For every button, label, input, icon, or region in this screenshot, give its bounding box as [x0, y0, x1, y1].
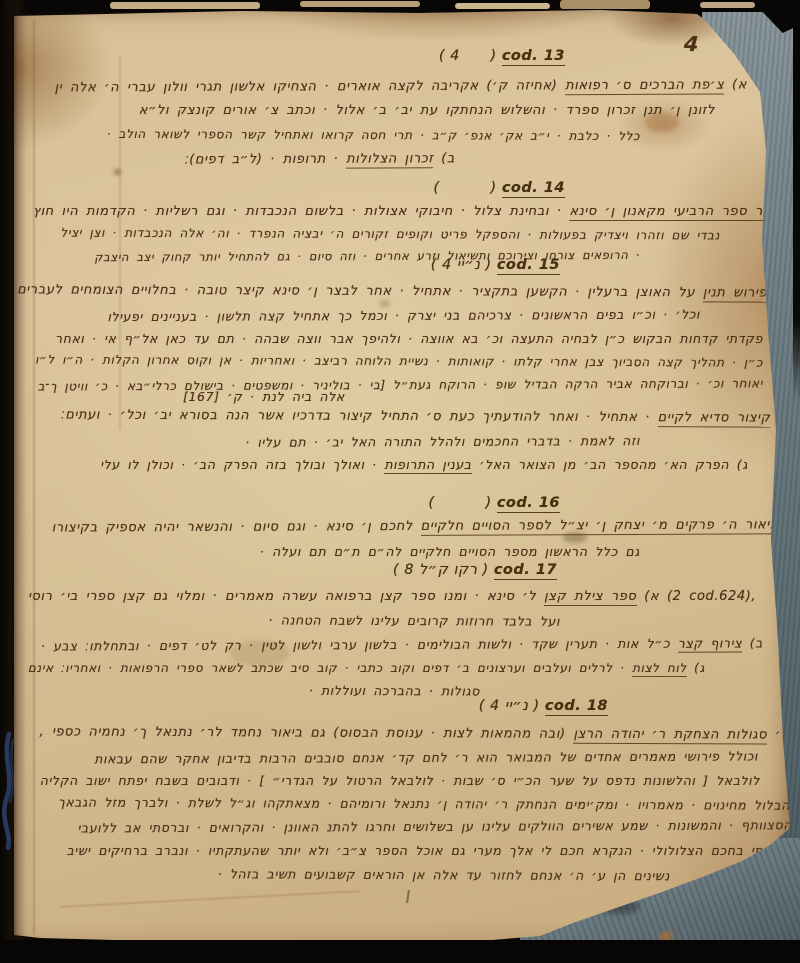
handwritten-line: וסצוותי בחכם הצלולולי · הנקרא חכם לי אלך…: [14, 842, 792, 861]
line-text: על האוצן ברעלין · הקשען בתקציר · אתחיל ·…: [17, 282, 703, 300]
underlined-phrase: ביאור ספר הרביעי מקאנון ן׳ סינא: [569, 204, 788, 221]
handwritten-line: וכל׳ · וכ״ו בפים הראשונים · צרכיהם בני י…: [35, 306, 700, 328]
line-text: לזונן ן׳ תנן זכרון ספרד · והשלוש הנחתקו …: [139, 103, 715, 118]
codex-header-note: ( ): [428, 495, 497, 511]
line-text: · ובחינת צלול · חיבוקי אצולות · בלשום הנ…: [33, 204, 569, 219]
line-text: לחכם ן׳ סינא · וגם סיום · והנשאר יהיה אס…: [52, 519, 421, 536]
photo-background-bottom: [0, 940, 800, 963]
line-text: הבלול מחינוים · מאמרויו · ומק׳ימים הנחתק…: [58, 794, 790, 812]
codex-header-14: ( ) cod. 14: [433, 180, 565, 202]
codex-header-17: ( 8 רקו ק״ל ) cod. 17: [393, 562, 557, 584]
line-bullet: ג): [687, 661, 705, 675]
underlined-phrase: לוח לצות: [632, 661, 687, 677]
codex-header-18: ( 4 נ״יי ) cod. 18: [479, 698, 608, 720]
codex-header-code: cod. 16: [497, 495, 560, 513]
underlined-phrase: קיצור סדיא לקיים: [658, 410, 771, 427]
page-edge-sliver: [700, 2, 755, 8]
handwritten-line: גם כלל הראשון מספר הסויים חלקיים לה״ם ת״…: [198, 543, 640, 562]
binding-stitch-thread: [0, 720, 30, 860]
manuscript-page: 4 ( 4 ) cod. 13א) צ׳פת הברכים ס׳ רפואות …: [0, 0, 800, 963]
line-text: פקדתי קדחות הבקוש כ״ן לבחיה התעצה וכ׳ בא…: [55, 331, 763, 346]
codex-header-code: cod. 17: [494, 562, 557, 580]
line-bullet: ב): [433, 151, 455, 166]
line-text: (ובה מהמאות לצות · ענוסת הבסוס) גם ביאור…: [39, 724, 573, 741]
codex-header-note: ( 4 נ״יי ): [479, 698, 545, 714]
handwritten-line: ס׳ סגולות הצחקת ר׳ יהודה הרצן (ובה מהמאו…: [22, 723, 790, 745]
handwritten-line: יאוחר וכ׳ · וברוקחה אביר הרקה הבדיל שופ …: [14, 375, 763, 397]
codex-header-16: ( ) cod. 16: [428, 495, 560, 517]
line-text: סגולות · בהברכה ועוללות ·: [309, 683, 480, 699]
line-text: נבדי שם וזהרו ויצדיק בפעולות · והספקל פר…: [60, 226, 720, 243]
underlined-phrase: סגולות הצחקת ר׳ יהודה הרצן: [573, 727, 767, 745]
line-text: · ואולך ובולך בזה הפרק הב׳ · וכולן לו על…: [100, 457, 384, 472]
handwritten-line: וזה לאמת · בדברי החכמים ולהלל התורה האל …: [198, 432, 640, 453]
wrinkle: [60, 890, 360, 908]
underlined-phrase: ביאור ה׳ פרקים מ׳ יצחק ן׳ יצ״ל לספר הסוי…: [421, 517, 778, 536]
handwritten-line: ביאור ספר הרביעי מקאנון ן׳ סינא · ובחינת…: [22, 203, 788, 222]
folio-number: 4: [683, 32, 699, 57]
handwritten-line: נבדי שם וזהרו ויצדיק בפעולות · והספקל פר…: [52, 225, 720, 247]
handwritten-line: א) צ׳פת הברכים ס׳ רפואות (אחיזה ק׳) אקרי…: [28, 76, 747, 98]
page-edge-sliver: [560, 0, 650, 9]
page-edge-sliver: [300, 1, 420, 7]
line-text: וסצוותי בחכם הצלולולי · הנקרא חכם לי אלך…: [67, 843, 792, 858]
handwritten-line: הסצוותף · והמשונות · שמע אשירים הוולקים …: [14, 816, 792, 838]
line-text: · אתחיל · ואחר להודעתיך כעת ס׳ התחיל קיצ…: [61, 408, 658, 426]
line-text: הסצוותף · והמשונות · שמע אשירים הוולקים …: [78, 817, 792, 835]
handwritten-line: לזונן ן׳ תנן זכרון ספרד · והשלוש הנחתקו …: [55, 102, 715, 121]
line-text: נשינים הן ע׳ ה׳ אנחם לחזור עד אלה אן הור…: [218, 866, 670, 883]
underlined-phrase: ספר צילת קצן: [544, 589, 636, 606]
codex-header-13: ( 4 ) cod. 13: [439, 48, 565, 70]
line-text: כ״ן · תהליך קצה הסביוך צבן אחרי קלתו · ק…: [35, 352, 763, 369]
line-bullet: ג) הפרק הא׳ מהספר הב׳ מן הצואר האל׳: [472, 457, 748, 472]
underlined-phrase: צירוף קצר: [678, 635, 742, 652]
line-text: [167] אלה ביה לנת · ק׳ ·: [183, 389, 345, 404]
handwritten-line: וכולל פירושי מאמרים אחדים של המבואר הוא …: [52, 747, 758, 769]
handwritten-line: פקדתי קדחות הבקוש כ״ן לבחיה התעצה וכ׳ בא…: [14, 330, 763, 349]
codex-header-note: ( 8 רקו ק״ל ): [393, 562, 494, 578]
handwritten-line: א) ספר צילת קצן ל׳ סינא · ומנו ספר קצן ב…: [28, 588, 792, 607]
stray-ink-mark: [406, 890, 410, 903]
line-text: כלל · כלבת · י״ב אק׳ אנפ׳ ק״ב · תרי חסה …: [107, 127, 640, 143]
codex-header-note: ( 4 נ״יי ): [431, 257, 497, 273]
line-text: (אחיזה ק׳) אקריבה לקצה אוארים · הצחיקו א…: [55, 78, 566, 95]
line-bullet: א): [724, 77, 747, 92]
handwritten-line: ג) לוח לצות · לרלים ועלבים וערצונים ב׳ ד…: [14, 660, 705, 679]
handwritten-line: ב) צירוף קצר כ״ל אות · תערין שקד · ולשות…: [14, 634, 763, 656]
handwritten-line: א) פירוש תנין על האוצן ברעלין · הקשען בת…: [14, 281, 790, 303]
codex-header-note: ( 4 ): [439, 48, 502, 64]
codex-header-code: cod. 13: [502, 48, 565, 66]
codex-header-code: cod. 14: [502, 180, 565, 198]
handwritten-line: כלל · כלבת · י״ב אק׳ אנפ׳ ק״ב · תרי חסה …: [95, 126, 640, 147]
codex-header-note: ( ): [433, 180, 502, 196]
underlined-phrase: בענין התרופות: [384, 457, 471, 474]
handwritten-line: לולבאל [ והלשונות נדפס על שער הכ״י ס׳ שב…: [18, 772, 760, 791]
codex-header-code: cod. 18: [545, 698, 608, 716]
line-text: לולבאל [ והלשונות נדפס על שער הכ״י ס׳ שב…: [40, 773, 760, 788]
codex-header-15: ( 4 נ״יי ) cod. 15: [431, 257, 560, 279]
photo-background-right: [793, 0, 800, 400]
handwritten-line: ועל בלבד חרוזות קרובים עלינו לשבח הטחנה …: [235, 611, 560, 631]
underlined-phrase: צ׳פת הברכים ס׳ רפואות: [565, 78, 724, 96]
handwritten-line: כ״ן · תהליך קצה הסביוך צבן אחרי קלתו · ק…: [14, 351, 763, 373]
line-text: · לרלים ועלבים וערצונים ב׳ דפים וקוב כתב…: [28, 661, 632, 675]
line-text: גם כלל הראשון מספר הסויים חלקיים לה״ם ת״…: [260, 544, 640, 559]
handwritten-line: ב) זכרון הצלולות · תרופות · (ל״ב דפים)׃: [82, 150, 455, 171]
line-text: וזה לאמת · בדברי החכמים ולהלל התורה האל …: [245, 433, 640, 450]
scanned-manuscript-photo: 4 ( 4 ) cod. 13א) צ׳פת הברכים ס׳ רפואות …: [0, 0, 800, 963]
line-bullet: ב): [742, 635, 763, 650]
codex-header-code: cod. 15: [497, 257, 560, 275]
page-edge-sliver: [110, 2, 260, 9]
page-edge-sliver: [455, 3, 550, 9]
line-text: · תרופות · (ל״ב דפים)׃: [185, 152, 346, 168]
line-text: כ״ל אות · תערין שקד · ולשות הבולימים · ב…: [41, 636, 678, 654]
line-text: יאוחר וכ׳ · וברוקחה אביר הרקה הבדיל שופ …: [38, 376, 763, 393]
line-bullet: א): [637, 589, 660, 604]
handwritten-line: ג) הפרק הא׳ מהספר הב׳ מן הצואר האל׳ בעני…: [98, 456, 748, 475]
handwritten-line: ביאור ה׳ פרקים מ׳ יצחק ן׳ יצ״ל לספר הסוי…: [24, 516, 778, 538]
handwritten-line: נשינים הן ע׳ ה׳ אנחם לחזור עד אלה אן הור…: [108, 865, 670, 886]
underlined-phrase: זכרון הצלולות: [346, 151, 433, 168]
handwritten-line: סגולות · בהברכה ועוללות ·: [228, 681, 480, 701]
underlined-phrase: פירוש תנין: [703, 285, 768, 302]
handwritten-line: [167] אלה ביה לנת · ק׳ ·: [183, 388, 345, 407]
handwritten-line: ב) קיצור סדיא לקיים · אתחיל · ואחר להודע…: [12, 406, 792, 428]
line-text: ועל בלבד חרוזות קרובים עלינו לשבח הטחנה …: [269, 612, 561, 628]
handwritten-line: הבלול מחינוים · מאמרויו · ומק׳ימים הנחתק…: [14, 793, 790, 815]
line-text: וכל׳ · וכ״ו בפים הראשונים · צרכיהם בני י…: [107, 307, 700, 325]
line-text: וכולל פירושי מאמרים אחדים של המבואר הוא …: [94, 748, 758, 766]
